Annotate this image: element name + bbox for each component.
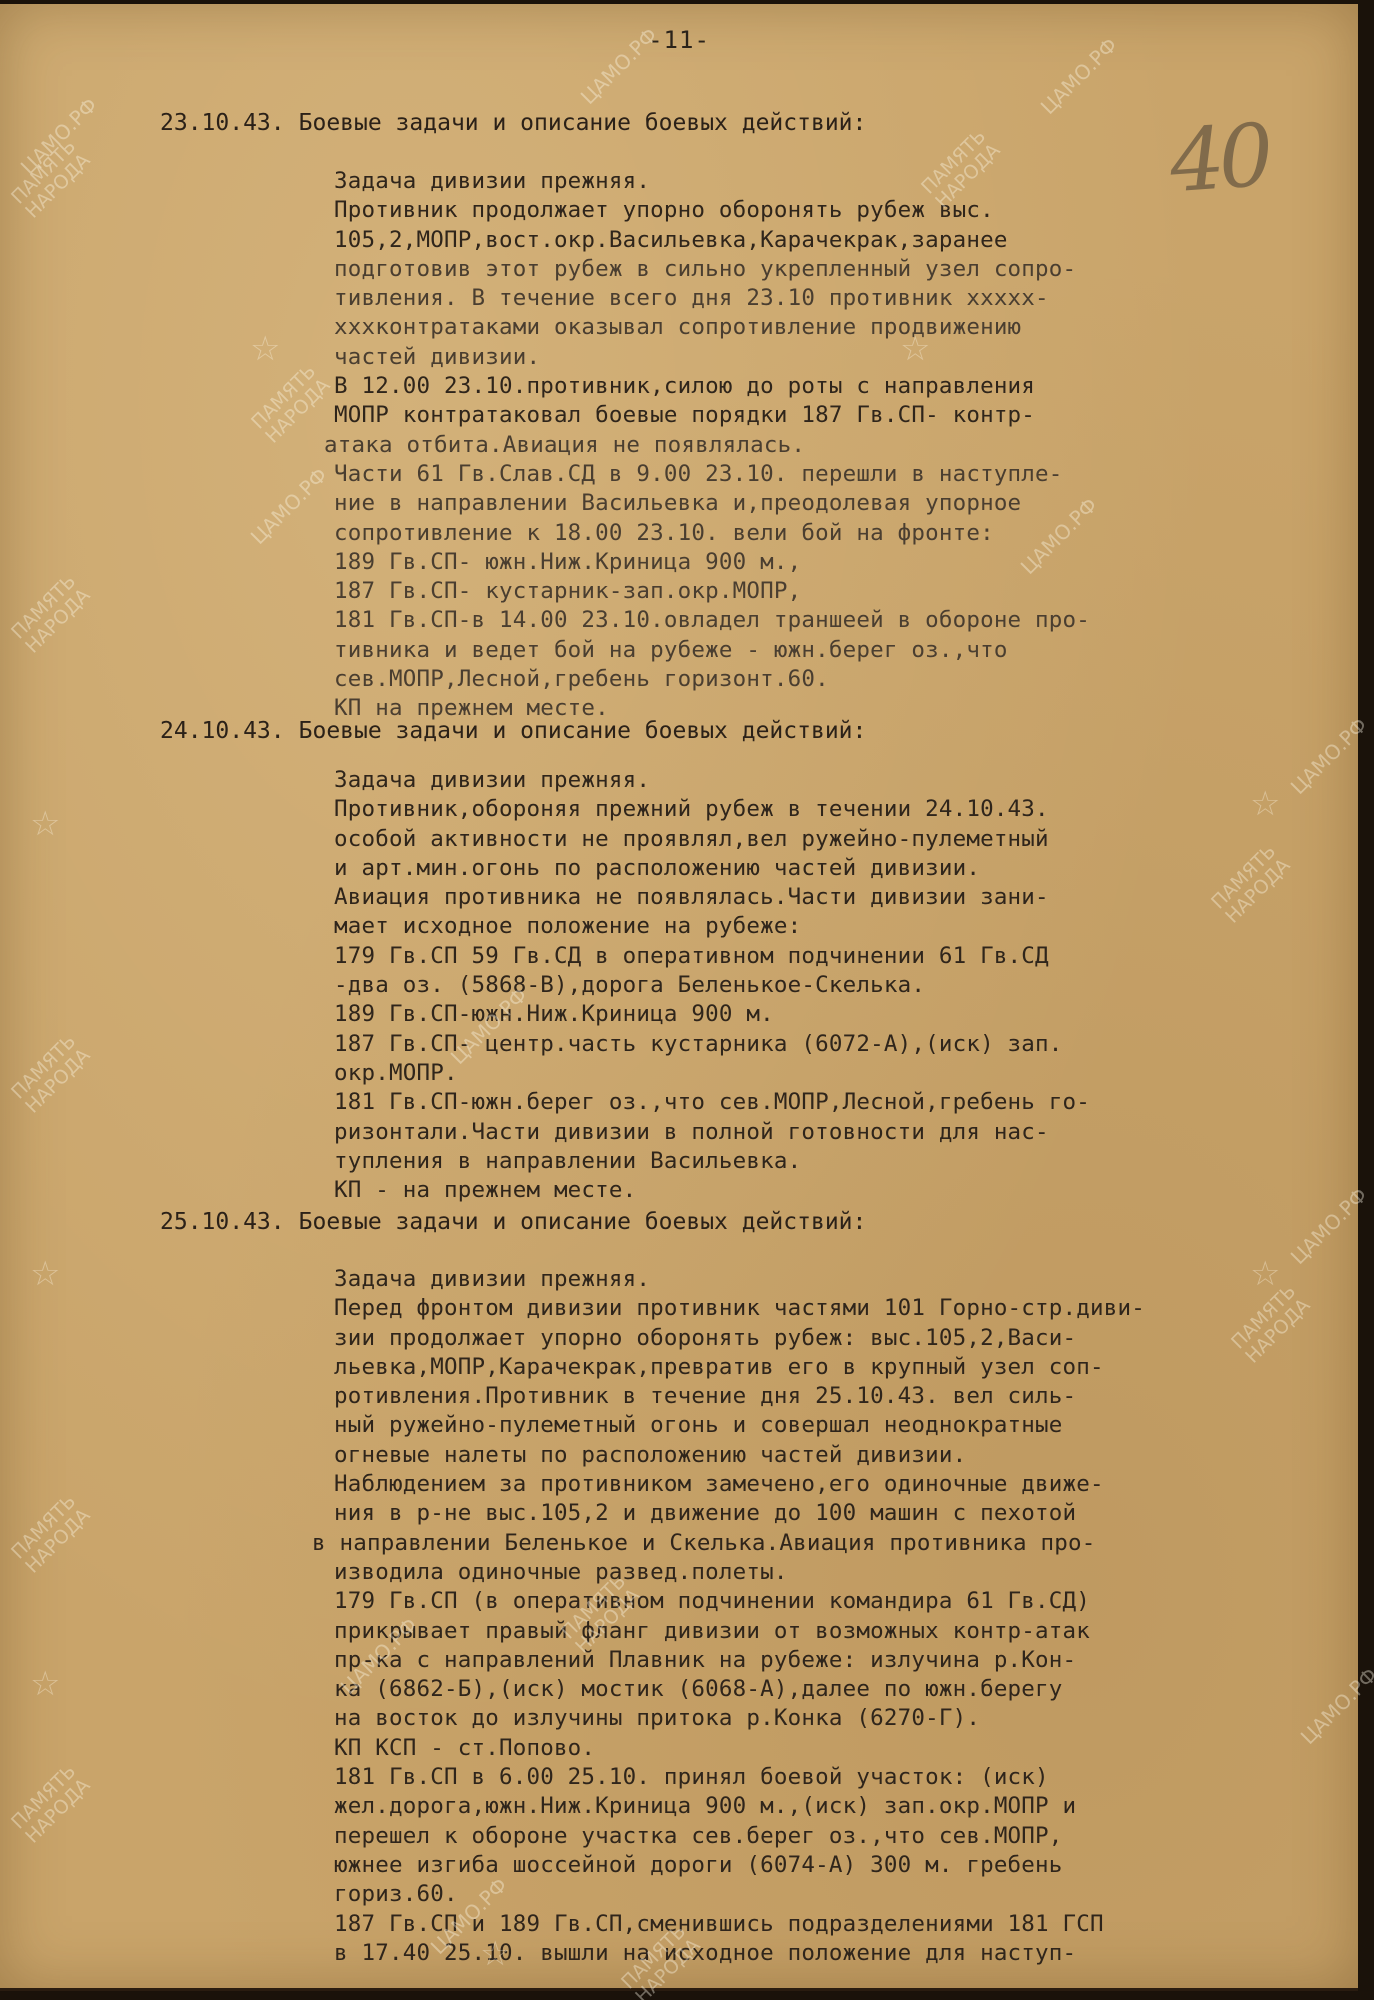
entry-title: Боевые задачи и описание боевых действий… <box>299 110 867 136</box>
text-line: в направлении Беленькое и Скелька.Авиаци… <box>312 1529 1324 1558</box>
text-line: В 12.00 23.10.противник,силою до роты с … <box>334 372 1324 401</box>
text-line: гориз.60. <box>334 1880 1324 1909</box>
text-line: Противник продолжает упорно оборонять ру… <box>334 196 1324 225</box>
text-line: льевка,МОПР,Карачекрак,превратив его в к… <box>334 1353 1324 1382</box>
text-line: ный ружейно-пулеметный огонь и совершал … <box>334 1411 1324 1440</box>
star-icon: ☆ <box>30 804 60 844</box>
text-line: жел.дорога,южн.Ниж.Криница 900 м.,(иск) … <box>334 1792 1324 1821</box>
entry-date: 24.10.43. <box>160 718 285 744</box>
text-line: ния в р-не выс.105,2 и движение до 100 м… <box>334 1499 1324 1528</box>
watermark-line: ПАМЯТЬ <box>7 1030 80 1103</box>
watermark-pamyat-naroda: ПАМЯТЬ НАРОДА <box>8 136 94 222</box>
text-line: окр.МОПР. <box>334 1059 1324 1088</box>
text-line: ние в направлении Васильевка и,преодолев… <box>334 489 1324 518</box>
star-icon: ☆ <box>30 1664 60 1704</box>
text-line: тупления в направлении Васильевка. <box>334 1147 1324 1176</box>
text-line: изводила одиночные развед.полеты. <box>334 1558 1324 1587</box>
watermark-line: НАРОДА <box>21 149 94 222</box>
text-line: на восток до излучины притока р.Конка (6… <box>334 1704 1324 1733</box>
text-line: 105,2,МОПР,вост.окр.Васильевка,Карачекра… <box>334 226 1324 255</box>
text-line: 179 Гв.СП (в оперативном подчинении кома… <box>334 1587 1324 1616</box>
watermark-pamyat-naroda: ПАМЯТЬ НАРОДА <box>8 1031 94 1117</box>
text-line: пр-ка с направлений Плавник на рубеже: и… <box>334 1646 1324 1675</box>
text-line: и арт.мин.огонь по расположению частей д… <box>334 854 1324 883</box>
text-line: КП - на прежнем месте. <box>334 1176 1324 1205</box>
text-line: КП КСП - ст.Попово. <box>334 1734 1324 1763</box>
text-line: 181 Гв.СП-южн.берег оз.,что сев.МОПР,Лес… <box>334 1088 1324 1117</box>
text-line: прикрывает правый фланг дивизии от возмо… <box>334 1617 1324 1646</box>
entry-heading: 24.10.43.Боевые задачи и описание боевых… <box>160 718 866 744</box>
watermark-line: НАРОДА <box>21 1504 94 1577</box>
entry-date: 23.10.43. <box>160 110 285 136</box>
text-line: Задача дивизии прежняя. <box>334 167 1324 196</box>
text-line: 181 Гв.СП в 6.00 25.10. принял боевой уч… <box>334 1763 1324 1792</box>
watermark-line: ПАМЯТЬ <box>247 360 320 433</box>
watermark-line: НАРОДА <box>21 584 94 657</box>
text-line: подготовив этот рубеж в сильно укрепленн… <box>334 255 1324 284</box>
entry-heading: 25.10.43.Боевые задачи и описание боевых… <box>160 1209 866 1235</box>
text-line: атака отбита.Авиация не появлялась. <box>324 431 1324 460</box>
text-line: южнее изгиба шоссейной дороги (6074-А) 3… <box>334 1851 1324 1880</box>
text-line: сев.МОПР,Лесной,гребень горизонт.60. <box>334 665 1324 694</box>
text-line: Наблюдением за противником замечено,его … <box>334 1470 1324 1499</box>
entry-title: Боевые задачи и описание боевых действий… <box>299 1209 867 1235</box>
watermark-line: ПАМЯТЬ <box>7 1760 80 1833</box>
document-page: -11- 40 23.10.43.Боевые задачи и описани… <box>0 4 1358 1991</box>
text-line: 187 Гв.СП- кустарник-зап.окр.МОПР, <box>334 577 1324 606</box>
watermark-line: НАРОДА <box>21 1044 94 1117</box>
text-line: зии продолжает упорно оборонять рубеж: в… <box>334 1324 1324 1353</box>
text-line: xxxконтратаками оказывал сопротивление п… <box>334 313 1324 342</box>
text-line: ка (6862-Б),(иск) мостик (6068-А),далее … <box>334 1675 1324 1704</box>
text-line: тивника и ведет бой на рубеже - южн.бере… <box>334 636 1324 665</box>
text-line: Части 61 Гв.Слав.СД в 9.00 23.10. перешл… <box>334 460 1324 489</box>
text-line: 189 Гв.СП- южн.Ниж.Криница 900 м., <box>334 548 1324 577</box>
text-line: 187 Гв.СП- центр.часть кустарника (6072-… <box>334 1030 1324 1059</box>
text-line: МОПР контратаковал боевые порядки 187 Гв… <box>334 401 1324 430</box>
text-line: ризонтали.Части дивизии в полной готовно… <box>334 1118 1324 1147</box>
text-line: особой активности не проявлял,вел ружейн… <box>334 825 1324 854</box>
watermark-pamyat-naroda: ПАМЯТЬ НАРОДА <box>248 361 334 447</box>
text-line: сопротивление к 18.00 23.10. вели бой на… <box>334 519 1324 548</box>
entry-body: Задача дивизии прежняя. Перед фронтом ди… <box>334 1265 1324 1968</box>
text-line: 179 Гв.СП 59 Гв.СД в оперативном подчине… <box>334 942 1324 971</box>
watermark-pamyat-naroda: ПАМЯТЬ НАРОДА <box>8 1491 94 1577</box>
text-line: частей дивизии. <box>334 343 1324 372</box>
star-icon: ☆ <box>30 1254 60 1294</box>
watermark-pamyat-naroda: ПАМЯТЬ НАРОДА <box>8 571 94 657</box>
watermark-line: ПАМЯТЬ <box>7 1490 80 1563</box>
entry-title: Боевые задачи и описание боевых действий… <box>299 718 867 744</box>
entry-body: Задача дивизии прежняя. Противник продол… <box>334 167 1324 724</box>
watermark-line: НАРОДА <box>21 1774 94 1847</box>
entry-body: Задача дивизии прежняя. Противник,оборон… <box>334 766 1324 1205</box>
text-line: ротивления.Противник в течение дня 25.10… <box>334 1382 1324 1411</box>
text-line: Задача дивизии прежняя. <box>334 1265 1324 1294</box>
text-line: тивления. В течение всего дня 23.10 прот… <box>334 284 1324 313</box>
text-line: 181 Гв.СП-в 14.00 23.10.овладел траншеей… <box>334 606 1324 635</box>
text-line: -два оз. (5868-В),дорога Беленькое-Скель… <box>334 971 1324 1000</box>
watermark-tsamo: ЦАМО.РФ <box>246 463 332 549</box>
watermark-line: ПАМЯТЬ <box>7 135 80 208</box>
text-line: Задача дивизии прежняя. <box>334 766 1324 795</box>
text-line: перешел к обороне участка сев.берег оз.,… <box>334 1822 1324 1851</box>
text-line: 187 Гв.СП и 189 Гв.СП,сменившись подразд… <box>334 1910 1324 1939</box>
text-line: Авиация противника не появлялась.Части д… <box>334 883 1324 912</box>
text-line: в 17.40 25.10. вышли на исходное положен… <box>334 1939 1324 1968</box>
page-number: -11- <box>0 26 1358 54</box>
watermark-line: ПАМЯТЬ <box>7 570 80 643</box>
entry-heading: 23.10.43.Боевые задачи и описание боевых… <box>160 110 866 136</box>
star-icon: ☆ <box>250 329 280 369</box>
watermark-tsamo: ЦАМО.РФ <box>16 93 102 179</box>
text-line: 189 Гв.СП-южн.Ниж.Криница 900 м. <box>334 1000 1324 1029</box>
entry-date: 25.10.43. <box>160 1209 285 1235</box>
text-line: Противник,обороняя прежний рубеж в течен… <box>334 795 1324 824</box>
text-line: огневые налеты по расположению частей ди… <box>334 1441 1324 1470</box>
text-line: Перед фронтом дивизии противник частями … <box>334 1294 1324 1323</box>
watermark-pamyat-naroda: ПАМЯТЬ НАРОДА <box>8 1761 94 1847</box>
text-line: мает исходное положение на рубеже: <box>334 912 1324 941</box>
